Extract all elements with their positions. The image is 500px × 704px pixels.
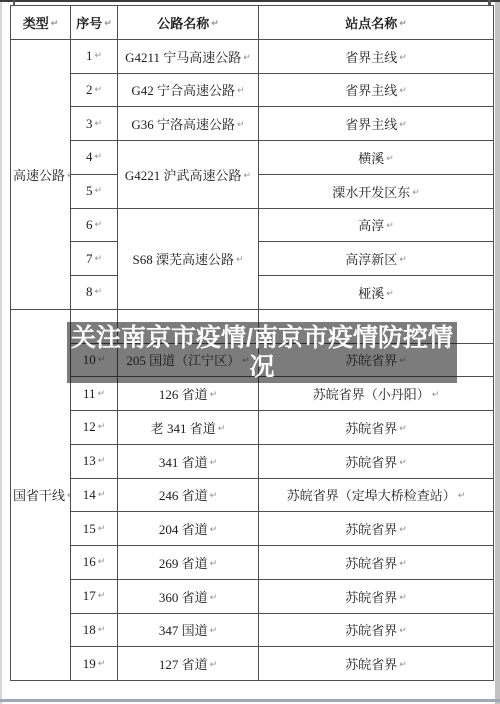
paragraph-mark-icon: ↵	[67, 491, 70, 501]
type-cell: 国省干线↵	[11, 309, 71, 680]
index-cell: 16↵	[71, 546, 118, 580]
paragraph-mark-icon: ↵	[98, 456, 106, 466]
index-cell: 19↵	[71, 647, 118, 681]
paragraph-mark-icon: ↵	[399, 255, 407, 265]
paragraph-mark-icon: ↵	[210, 458, 218, 468]
table-row: 14↵246 省道↵苏皖省界（定埠大桥检查站）↵	[11, 478, 494, 512]
paragraph-mark-icon: ↵	[210, 525, 218, 535]
road-cell: 347 国道↵	[118, 613, 259, 647]
index-cell: 1↵	[71, 39, 118, 73]
index-cell: 6↵	[71, 208, 118, 242]
paragraph-mark-icon: ↵	[399, 53, 407, 63]
road-cell: G36 宁洛高速公路↵	[118, 107, 259, 141]
table-row: 6↵S68 溧芜高速公路↵高淳↵	[11, 208, 494, 242]
station-cell: 苏皖省界↵	[259, 512, 494, 546]
paragraph-mark-icon: ↵	[399, 593, 407, 603]
table-row: 13↵341 省道↵苏皖省界↵	[11, 444, 494, 478]
station-cell: 苏皖省界↵	[259, 411, 494, 445]
index-cell: 13↵	[71, 444, 118, 478]
station-cell: 省界主线↵	[259, 107, 494, 141]
table-row: 19↵127 省道↵苏皖省界↵	[11, 647, 494, 681]
station-cell: 苏皖省界↵	[259, 579, 494, 613]
overlay-title: 关注南京市疫情/南京市疫情防控情况	[67, 322, 457, 382]
table-row: 高速公路↵1↵G4211 宁马高速公路↵省界主线↵	[11, 39, 494, 73]
paragraph-mark-icon: ↵	[94, 119, 102, 129]
road-cell: 127 省道↵	[118, 647, 259, 681]
road-cell: 老 341 省道↵	[118, 411, 259, 445]
header-road: 公路名称↵	[118, 6, 259, 40]
paragraph-mark-icon: ↵	[218, 424, 226, 434]
table-row: 4↵G4221 沪武高速公路↵横溪↵	[11, 141, 494, 175]
index-cell: 4↵	[71, 141, 118, 175]
index-cell: 12↵	[71, 411, 118, 445]
table-row: 2↵G42 宁合高速公路↵省界主线↵	[11, 73, 494, 107]
paragraph-mark-icon: ↵	[237, 120, 245, 130]
paragraph-mark-icon: ↵	[236, 255, 244, 265]
road-cell: G42 宁合高速公路↵	[118, 73, 259, 107]
paragraph-mark-icon: ↵	[237, 86, 245, 96]
paragraph-mark-icon: ↵	[98, 422, 106, 432]
paragraph-mark-icon: ↵	[210, 390, 218, 400]
paragraph-mark-icon: ↵	[412, 188, 420, 198]
paragraph-mark-icon: ↵	[98, 557, 106, 567]
paragraph-mark-icon: ↵	[210, 559, 218, 569]
paragraph-mark-icon: ↵	[399, 525, 407, 535]
paragraph-mark-icon: ↵	[399, 626, 407, 636]
paragraph-mark-icon: ↵	[210, 626, 218, 636]
paragraph-mark-icon: ↵	[399, 559, 407, 569]
paragraph-mark-icon: ↵	[432, 390, 440, 400]
bottom-rule	[0, 699, 500, 702]
road-cell: 341 省道↵	[118, 444, 259, 478]
road-cell: S68 溧芜高速公路↵	[118, 208, 259, 309]
paragraph-mark-icon: ↵	[386, 289, 394, 299]
road-cell: 360 省道↵	[118, 579, 259, 613]
index-cell: 18↵	[71, 613, 118, 647]
header-station: 站点名称↵	[259, 6, 494, 40]
index-cell: 7↵	[71, 242, 118, 276]
paragraph-mark-icon: ↵	[94, 51, 102, 61]
paragraph-mark-icon: ↵	[386, 221, 394, 231]
station-cell: 苏皖省界↵	[259, 647, 494, 681]
index-cell: 3↵	[71, 107, 118, 141]
paragraph-mark-icon: ↵	[98, 659, 106, 669]
paragraph-mark-icon: ↵	[243, 53, 251, 63]
station-cell: 高淳↵	[259, 208, 494, 242]
paragraph-mark-icon: ↵	[399, 86, 407, 96]
paragraph-mark-icon: ↵	[51, 19, 59, 29]
paragraph-mark-icon: ↵	[211, 19, 219, 29]
table-row: 18↵347 国道↵苏皖省界↵	[11, 613, 494, 647]
station-cell: 苏皖省界（定埠大桥检查站）↵	[259, 478, 494, 512]
paragraph-mark-icon: ↵	[399, 458, 407, 468]
station-cell: 桠溪↵	[259, 276, 494, 310]
table-row: 17↵360 省道↵苏皖省界↵	[11, 579, 494, 613]
overlay-banner: 关注南京市疫情/南京市疫情防控情况	[67, 322, 457, 383]
station-cell: 溧水开发区东↵	[259, 174, 494, 208]
paragraph-mark-icon: ↵	[94, 85, 102, 95]
index-cell: 2↵	[71, 73, 118, 107]
table-row: 3↵G36 宁洛高速公路↵省界主线↵	[11, 107, 494, 141]
station-cell: 省界主线↵	[259, 73, 494, 107]
table-row: 15↵204 省道↵苏皖省界↵	[11, 512, 494, 546]
road-cell: 204 省道↵	[118, 512, 259, 546]
paragraph-mark-icon: ↵	[94, 186, 102, 196]
paragraph-mark-icon: ↵	[399, 120, 407, 130]
paragraph-mark-icon: ↵	[399, 19, 407, 29]
paragraph-mark-icon: ↵	[94, 152, 102, 162]
paragraph-mark-icon: ↵	[210, 593, 218, 603]
table-header-row: 类型↵ 序号↵ 公路名称↵ 站点名称↵	[11, 6, 494, 40]
paragraph-mark-icon: ↵	[98, 591, 106, 601]
station-cell: 横溪↵	[259, 141, 494, 175]
road-cell: 269 省道↵	[118, 546, 259, 580]
header-type: 类型↵	[11, 6, 71, 40]
page-edge-right	[495, 0, 500, 704]
road-cell: G4211 宁马高速公路↵	[118, 39, 259, 73]
station-cell: 苏皖省界↵	[259, 613, 494, 647]
header-index: 序号↵	[71, 6, 118, 40]
paragraph-mark-icon: ↵	[94, 220, 102, 230]
top-rule	[0, 0, 500, 2]
paragraph-mark-icon: ↵	[244, 171, 252, 181]
paragraph-mark-icon: ↵	[98, 625, 106, 635]
station-cell: 苏皖省界↵	[259, 444, 494, 478]
paragraph-mark-icon: ↵	[386, 154, 394, 164]
paragraph-mark-icon: ↵	[399, 424, 407, 434]
table-row: 12↵老 341 省道↵苏皖省界↵	[11, 411, 494, 445]
paragraph-mark-icon: ↵	[98, 490, 106, 500]
paragraph-mark-icon: ↵	[458, 491, 466, 501]
station-cell: 高淳新区↵	[259, 242, 494, 276]
paragraph-mark-icon: ↵	[94, 287, 102, 297]
index-cell: 5↵	[71, 174, 118, 208]
paragraph-mark-icon: ↵	[210, 660, 218, 670]
station-cell: 苏皖省界↵	[259, 546, 494, 580]
station-cell: 省界主线↵	[259, 39, 494, 73]
index-cell: 17↵	[71, 579, 118, 613]
paragraph-mark-icon: ↵	[94, 254, 102, 264]
paragraph-mark-icon: ↵	[399, 660, 407, 670]
paragraph-mark-icon: ↵	[98, 524, 106, 534]
paragraph-mark-icon: ↵	[210, 491, 218, 501]
index-cell: 8↵	[71, 276, 118, 310]
type-cell: 高速公路↵	[11, 39, 71, 309]
road-cell: 246 省道↵	[118, 478, 259, 512]
table-row: 16↵269 省道↵苏皖省界↵	[11, 546, 494, 580]
paragraph-mark-icon: ↵	[104, 19, 112, 29]
index-cell: 15↵	[71, 512, 118, 546]
road-cell: G4221 沪武高速公路↵	[118, 141, 259, 209]
page-edge-left	[0, 0, 2, 704]
paragraph-mark-icon: ↵	[97, 389, 105, 399]
paragraph-mark-icon: ↵	[67, 171, 70, 181]
index-cell: 14↵	[71, 478, 118, 512]
